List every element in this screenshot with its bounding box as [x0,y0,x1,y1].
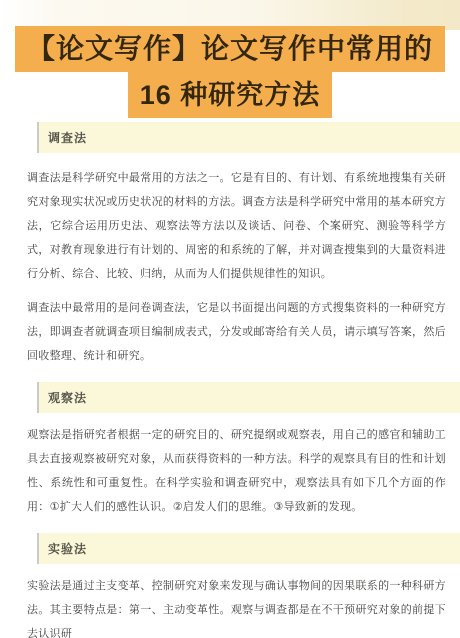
section-label-survey: 调查法 [37,122,460,153]
page-title-line1: 【论文写作】论文写作中常用的 [15,26,445,72]
paragraph-survey-2: 调查法中最常用的是问卷调查法，它是以书面提出问题的方式搜集资料的一种研究方法，即… [27,296,446,368]
page-title-line2: 16 种研究方法 [128,72,333,118]
article-body: 调查法 调查法是科学研究中最常用的方法之一。它是有目的、有计划、有系统地搜集有关… [0,122,460,638]
paragraph-survey-1: 调查法是科学研究中最常用的方法之一。它是有目的、有计划、有系统地搜集有关研究对象… [27,166,446,286]
section-label-observation: 观察法 [37,382,460,413]
title-line-1: 【论文写作】论文写作中常用的 [0,26,460,72]
page-header: 【论文写作】论文写作中常用的 16 种研究方法 [0,0,460,118]
title-line-2: 16 种研究方法 [0,72,460,118]
paragraph-observation-1: 观察法是指研究者根据一定的研究目的、研究提纲或观察表，用自己的感官和辅助工具去直… [27,423,446,519]
section-experiment-method: 实验法 实验法是通过主支变革、控制研究对象来发现与确认事物间的因果联系的一种科研… [0,533,460,638]
section-observation-method: 观察法 观察法是指研究者根据一定的研究目的、研究提纲或观察表，用自己的感官和辅助… [0,382,460,519]
paragraph-experiment-1: 实验法是通过主支变革、控制研究对象来发现与确认事物间的因果联系的一种科研方法。其… [27,574,446,638]
section-survey-method: 调查法 调查法是科学研究中最常用的方法之一。它是有目的、有计划、有系统地搜集有关… [0,122,460,368]
section-label-experiment: 实验法 [37,533,460,564]
